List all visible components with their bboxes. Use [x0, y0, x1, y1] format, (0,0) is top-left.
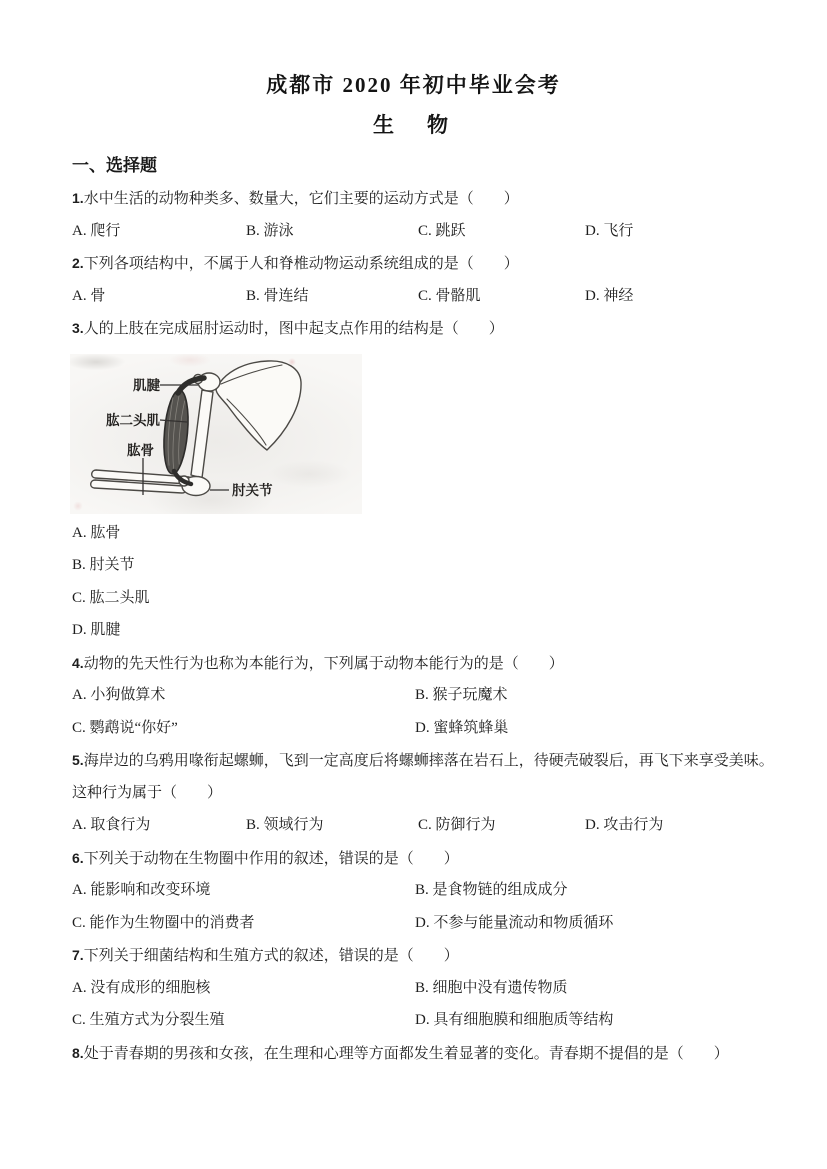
question-7-option-a: A. 没有成形的细胞核	[72, 972, 415, 1005]
question-2-option-b: B. 骨连结	[246, 280, 418, 313]
question-1-stem: 水中生活的动物种类多、数量大，它们主要的运动方式是（ ）	[84, 191, 519, 207]
question-5-stem-line-1: 海岸边的乌鸦用喙衔起螺蛳，飞到一定高度后将螺蛳摔落在岩石上，待硬壳破裂后，再飞下…	[84, 753, 774, 769]
question-7-option-d: D. 具有细胞膜和细胞质等结构	[415, 1004, 755, 1037]
question-5-number: 5.	[72, 752, 84, 768]
question-4-stem: 动物的先天性行为也称为本能行为，下列属于动物本能行为的是（ ）	[84, 656, 564, 672]
scapula-bone	[216, 360, 301, 449]
question-7-option-c: C. 生殖方式为分裂生殖	[72, 1004, 415, 1037]
question-2-option-d: D. 神经	[585, 280, 755, 313]
question-3-option-d: D. 肌腱	[72, 614, 755, 647]
humerus-shaft	[191, 390, 213, 478]
question-7-number: 7.	[72, 947, 84, 963]
question-8-number: 8.	[72, 1045, 84, 1061]
question-2-text: 2.下列各项结构中，不属于人和脊椎动物运动系统组成的是（ ）	[72, 247, 755, 280]
question-5-option-c: C. 防御行为	[418, 809, 585, 842]
question-7-text: 7.下列关于细菌结构和生殖方式的叙述，错误的是（ ）	[72, 939, 755, 972]
question-3-option-b: B. 肘关节	[72, 549, 755, 582]
question-1-option-b: B. 游泳	[246, 215, 418, 248]
question-7-option-b: B. 细胞中没有遗传物质	[415, 972, 755, 1005]
question-5-stem-line-2: 这种行为属于（ ）	[72, 785, 222, 801]
question-1-number: 1.	[72, 190, 84, 206]
question-6-option-a: A. 能影响和改变环境	[72, 874, 415, 907]
question-8-text: 8.处于青春期的男孩和女孩，在生理和心理等方面都发生着显著的变化。青春期不提倡的…	[72, 1037, 755, 1070]
question-1-option-c: C. 跳跃	[418, 215, 585, 248]
question-4-option-c: C. 鹦鹉说“你好”	[72, 712, 415, 745]
question-4-options-row-2: C. 鹦鹉说“你好” D. 蜜蜂筑蜂巢	[72, 712, 755, 745]
page-title: 成都市 2020 年初中毕业会考	[72, 70, 755, 100]
question-8-stem: 处于青春期的男孩和女孩，在生理和心理等方面都发生着显著的变化。青春期不提倡的是（…	[84, 1046, 729, 1062]
question-4-option-a: A. 小狗做算术	[72, 679, 415, 712]
elbow-label: 肘关节	[232, 482, 273, 498]
question-4-number: 4.	[72, 655, 84, 671]
question-2-options: A. 骨 B. 骨连结 C. 骨骼肌 D. 神经	[72, 280, 755, 313]
question-6-stem: 下列关于动物在生物圈中作用的叙述，错误的是（ ）	[84, 851, 459, 867]
biceps-label: 肱二头肌	[106, 412, 160, 428]
question-6-option-b: B. 是食物链的组成成分	[415, 874, 755, 907]
question-6-options-row-1: A. 能影响和改变环境 B. 是食物链的组成成分	[72, 874, 755, 907]
question-2-option-c: C. 骨骼肌	[418, 280, 585, 313]
question-7-options-row-2: C. 生殖方式为分裂生殖 D. 具有细胞膜和细胞质等结构	[72, 1004, 755, 1037]
question-4-options-row-1: A. 小狗做算术 B. 猴子玩魔术	[72, 679, 755, 712]
exam-page: 成都市 2020 年初中毕业会考 生 物 一、选择题 1.水中生活的动物种类多、…	[0, 0, 827, 1169]
question-5-option-a: A. 取食行为	[72, 809, 246, 842]
question-5-text-line-1: 5.海岸边的乌鸦用喙衔起螺蛳，飞到一定高度后将螺蛳摔落在岩石上，待硬壳破裂后，再…	[72, 744, 755, 777]
question-2-number: 2.	[72, 255, 84, 271]
question-7-stem: 下列关于细菌结构和生殖方式的叙述，错误的是（ ）	[84, 948, 459, 964]
question-6-text: 6.下列关于动物在生物圈中作用的叙述，错误的是（ ）	[72, 842, 755, 875]
question-4-text: 4.动物的先天性行为也称为本能行为，下列属于动物本能行为的是（ ）	[72, 647, 755, 680]
question-3-option-c: C. 肱二头肌	[72, 582, 755, 615]
arm-diagram-svg: 肌腱 肱二头肌 肱骨 肘关节	[70, 354, 362, 514]
question-7-options-row-1: A. 没有成形的细胞核 B. 细胞中没有遗传物质	[72, 972, 755, 1005]
question-3-stem: 人的上肢在完成屈肘运动时，图中起支点作用的结构是（ ）	[84, 321, 504, 337]
question-4-option-b: B. 猴子玩魔术	[415, 679, 755, 712]
question-1-option-a: A. 爬行	[72, 215, 246, 248]
biceps-muscle	[161, 389, 191, 475]
humerus-label: 肱骨	[127, 442, 154, 458]
question-2-stem: 下列各项结构中，不属于人和脊椎动物运动系统组成的是（ ）	[84, 256, 519, 272]
question-6-option-c: C. 能作为生物圈中的消费者	[72, 907, 415, 940]
question-6-option-d: D. 不参与能量流动和物质循环	[415, 907, 755, 940]
question-1-text: 1.水中生活的动物种类多、数量大，它们主要的运动方式是（ ）	[72, 182, 755, 215]
question-3-option-a: A. 肱骨	[72, 517, 755, 550]
question-list: 1.水中生活的动物种类多、数量大，它们主要的运动方式是（ ） A. 爬行 B. …	[72, 182, 755, 1069]
question-3-number: 3.	[72, 320, 84, 336]
question-1-option-d: D. 飞行	[585, 215, 755, 248]
question-5-option-d: D. 攻击行为	[585, 809, 755, 842]
question-6-options-row-2: C. 能作为生物圈中的消费者 D. 不参与能量流动和物质循环	[72, 907, 755, 940]
section-heading: 一、选择题	[72, 153, 755, 179]
question-5-options: A. 取食行为 B. 领域行为 C. 防御行为 D. 攻击行为	[72, 809, 755, 842]
page-subject: 生 物	[72, 110, 755, 140]
question-3-text: 3.人的上肢在完成屈肘运动时，图中起支点作用的结构是（ ）	[72, 312, 755, 345]
question-5-option-b: B. 领域行为	[246, 809, 418, 842]
question-2-option-a: A. 骨	[72, 280, 246, 313]
tendon-label: 肌腱	[133, 378, 160, 393]
question-5-text-line-2: 这种行为属于（ ）	[72, 777, 755, 810]
question-1-options: A. 爬行 B. 游泳 C. 跳跃 D. 飞行	[72, 215, 755, 248]
arm-flexion-diagram: 肌腱 肱二头肌 肱骨 肘关节	[70, 354, 362, 514]
question-6-number: 6.	[72, 850, 84, 866]
question-4-option-d: D. 蜜蜂筑蜂巢	[415, 712, 755, 745]
